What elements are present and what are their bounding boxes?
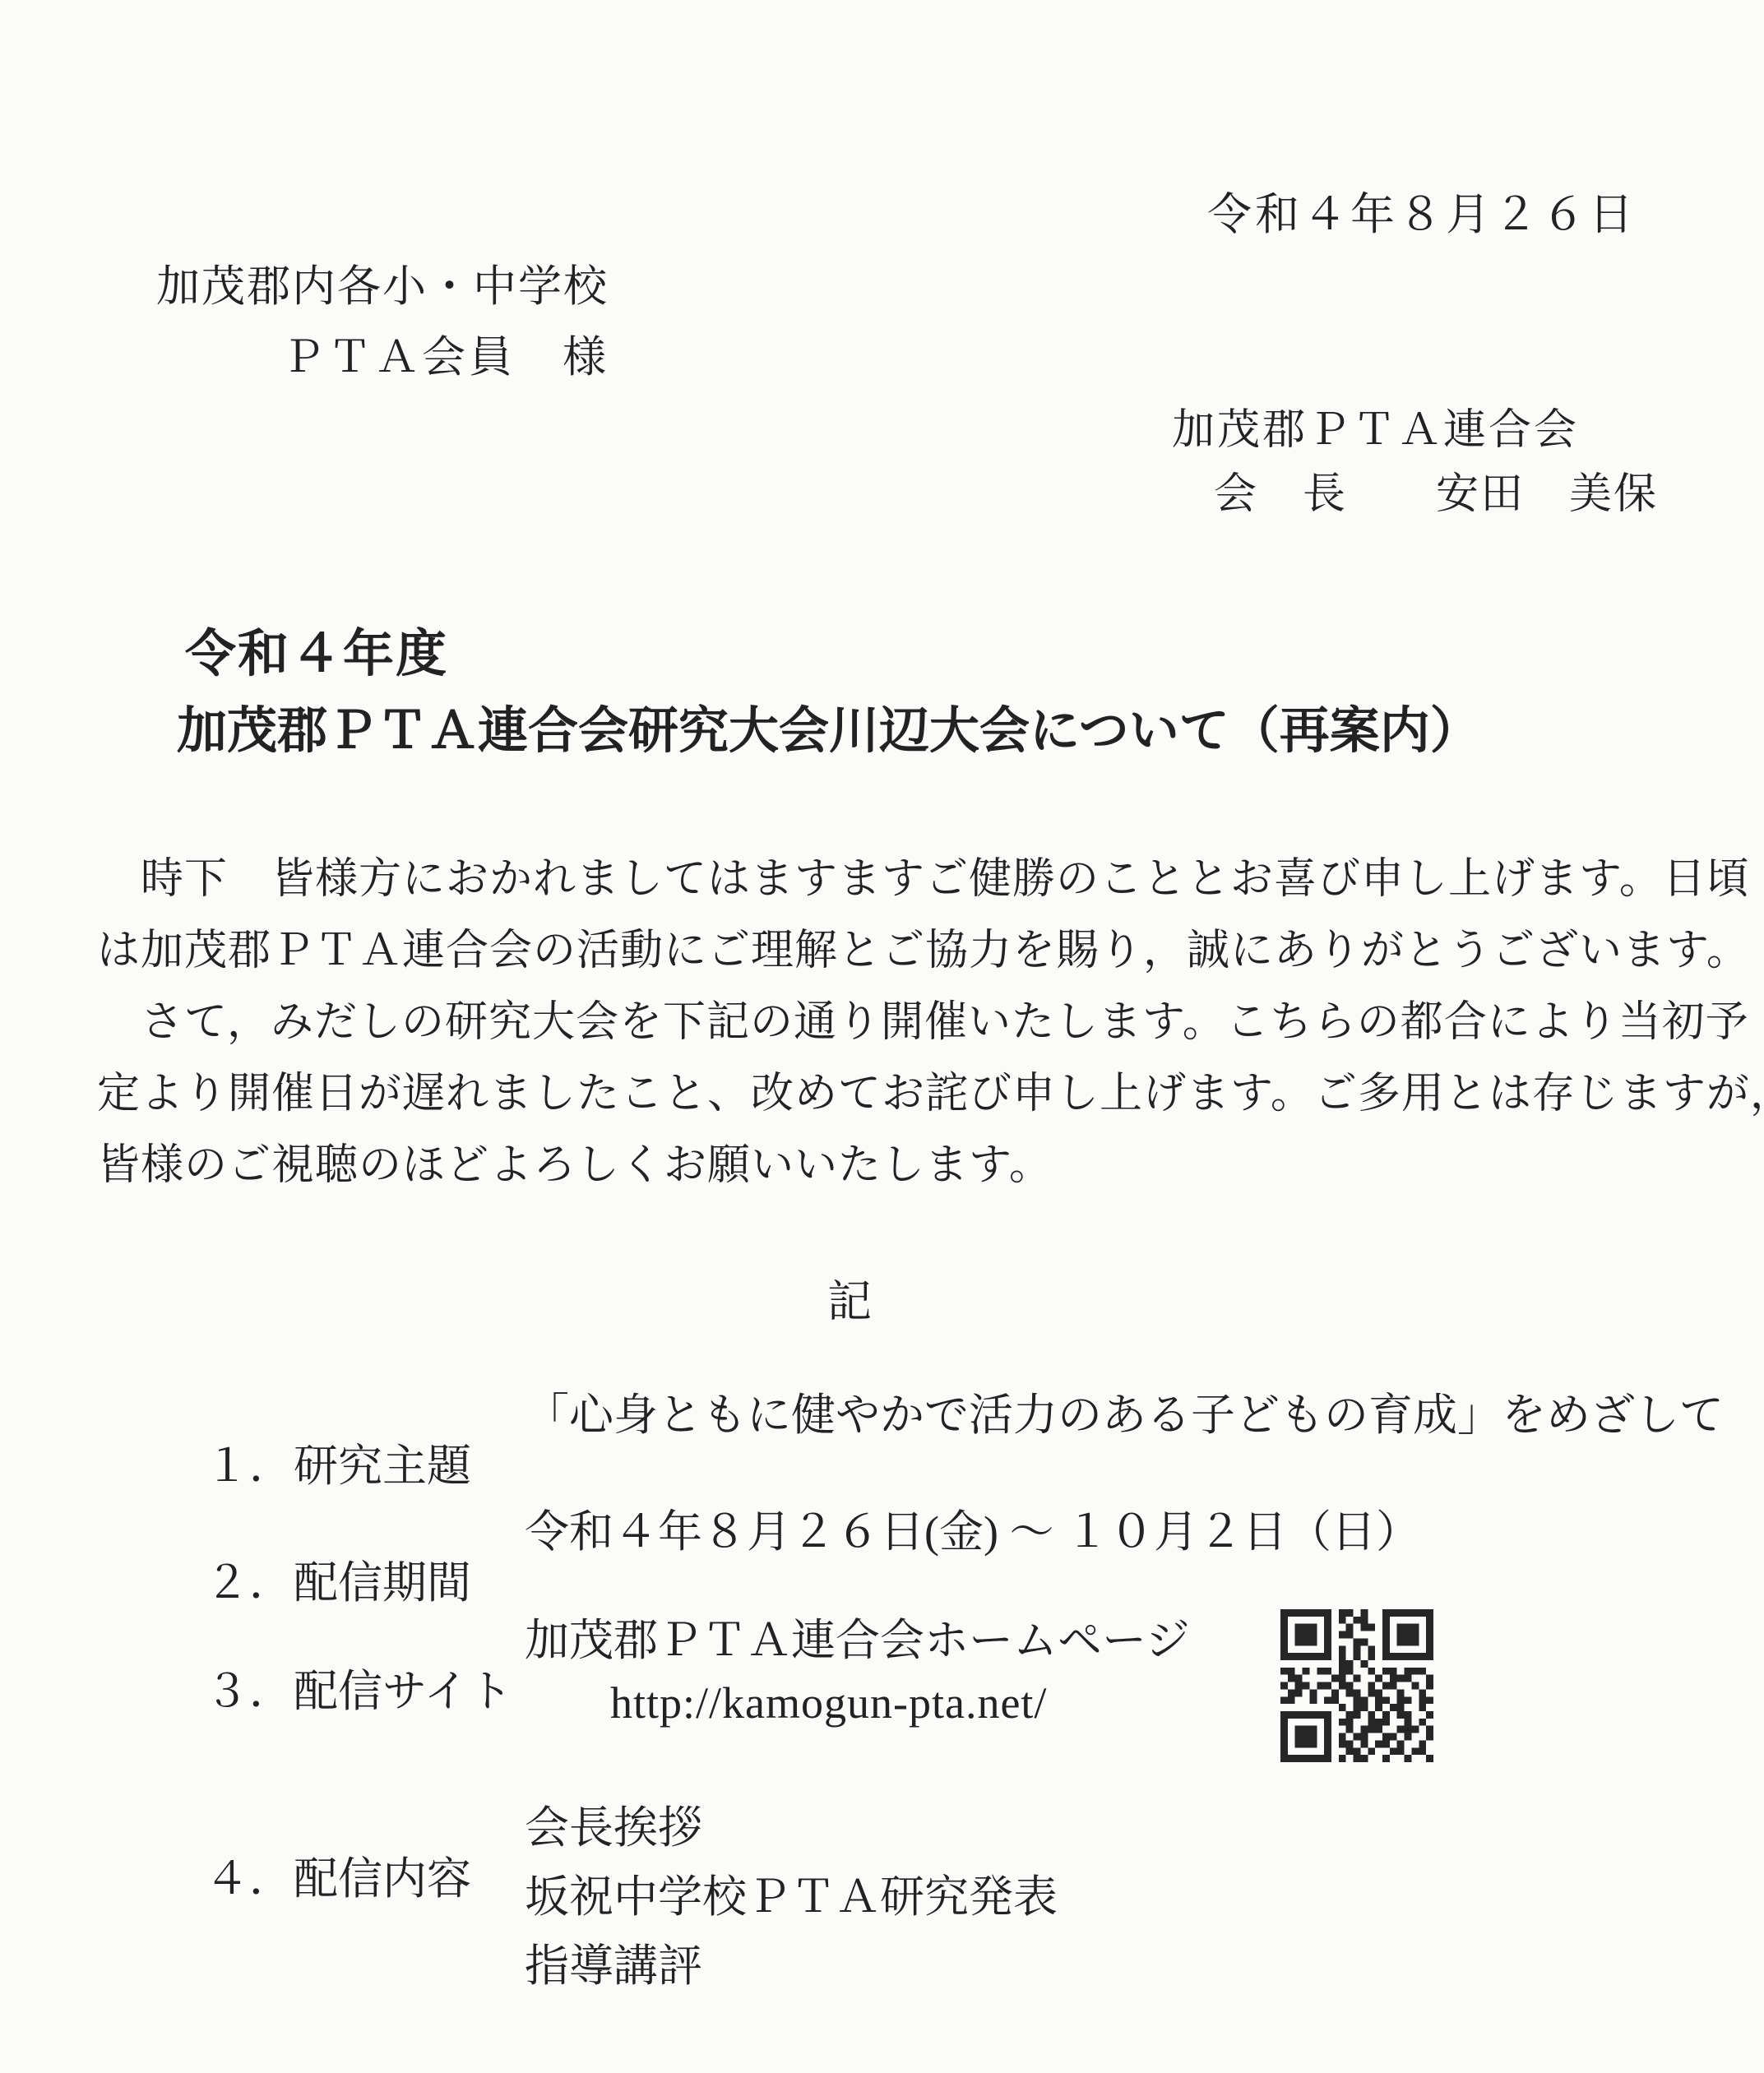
body-line: さて，みだしの研究大会を下記の通り開催いたします。こちらの都合により当初予 — [97, 987, 1749, 1048]
body-line: 皆様のご視聴のほどよろしくお願いいたします。 — [97, 1130, 1053, 1192]
list-item-value: 会長挨拶 — [525, 1793, 702, 1856]
sender-organization: 加茂郡ＰＴＡ連合会 — [1172, 395, 1579, 456]
recipient-line-2: ＰＴＡ会員 様 — [281, 322, 609, 385]
content-line-pta-presentation: 坂祝中学校ＰＴＡ研究発表 — [525, 1862, 1058, 1925]
body-line: は加茂郡ＰＴＡ連合会の活動にご理解とご協力を賜り，誠にありがとうございます。 — [97, 915, 1750, 977]
recipient-line-1: 加茂郡内各小・中学校 — [156, 252, 609, 314]
list-item-value: 「心身ともに健やかで活力のある子どもの育成」をめざして — [525, 1380, 1724, 1443]
list-item-label: ２．配信期間 — [205, 1558, 471, 1608]
scanned-letter-page: 令和４年８月２６日 加茂郡内各小・中学校 ＰＴＡ会員 様 加茂郡ＰＴＡ連合会 会… — [0, 0, 1764, 2073]
list-item-label: ３．配信サイト — [205, 1667, 512, 1716]
list-item-value: 加茂郡ＰＴＡ連合会ホームページ — [525, 1605, 1190, 1668]
body-line: 時下 皆様方におかれましてはますますご健勝のこととお喜び申し上げます。日頃 — [97, 844, 1750, 905]
document-title-fiscal-year: 令和４年度 — [185, 613, 448, 686]
list-item-value: 令和４年８月２６日(金) ～ １０月２日（日） — [525, 1497, 1420, 1560]
content-line-guidance-review: 指導講評 — [525, 1931, 702, 1994]
document-title-main: 加茂郡ＰＴＡ連合会研究大会川辺大会について（再案内） — [177, 691, 1480, 762]
list-item-label: ４．配信内容 — [205, 1854, 471, 1904]
list-item-label: １．研究主題 — [205, 1441, 471, 1491]
document-date: 令和４年８月２６日 — [1207, 179, 1637, 243]
list-item-streaming-content: ４．配信内容 会長挨拶 — [160, 1793, 471, 2009]
qr-code — [1280, 1609, 1433, 1762]
list-item-streaming-site: ３．配信サイト 加茂郡ＰＴＡ連合会ホームページ — [160, 1605, 512, 1821]
section-marker-ki: 記 — [0, 1266, 1699, 1330]
sender-president-name: 会 長 安田 美保 — [1214, 459, 1658, 521]
homepage-url-text: http://kamogun-pta.net/ — [610, 1677, 1047, 1728]
body-line: 定より開催日が遅れましたこと、改めてお詫び申し上げます。ご多用とは存じますが， — [97, 1058, 1764, 1120]
